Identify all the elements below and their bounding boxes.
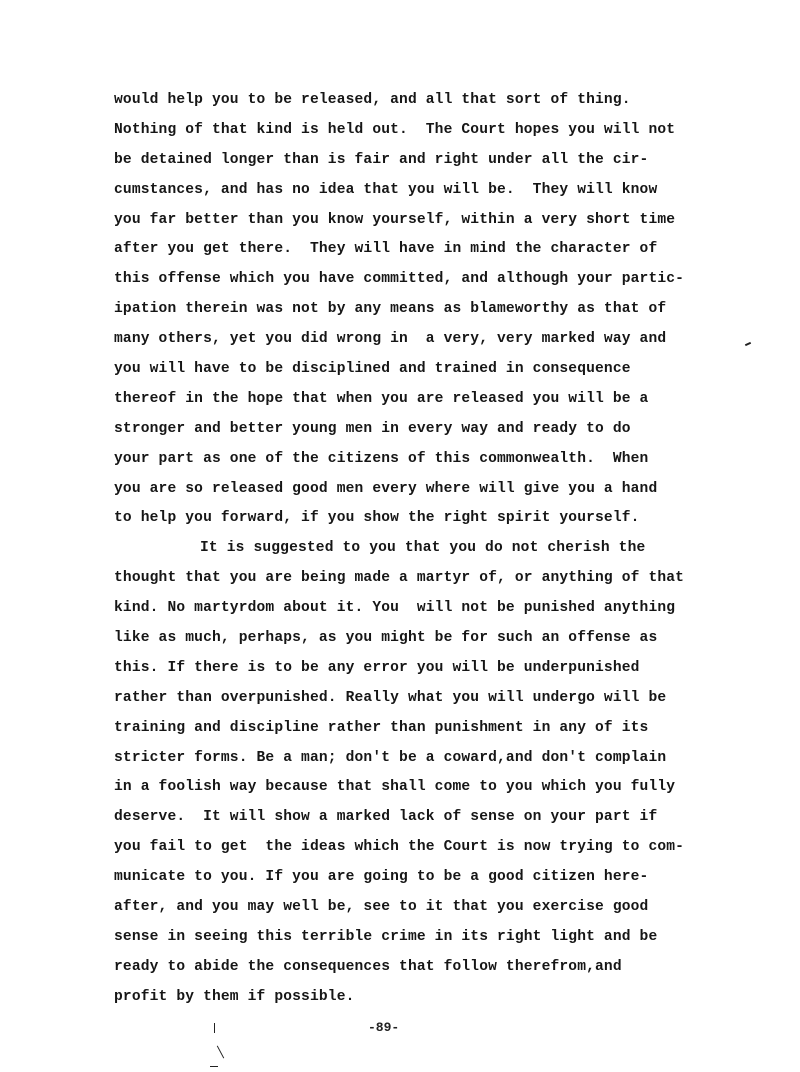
- body-text: would help you to be released, and all t…: [114, 86, 754, 1013]
- text-line: would help you to be released, and all t…: [114, 86, 754, 116]
- text-line: stricter forms. Be a man; don't be a cow…: [114, 744, 754, 774]
- text-line: thereof in the hope that when you are re…: [114, 385, 754, 415]
- text-line: to help you forward, if you show the rig…: [114, 504, 754, 534]
- text-line: you fail to get the ideas which the Cour…: [114, 833, 754, 863]
- paragraph-first-line: It is suggested to you that you do not c…: [114, 534, 754, 564]
- scan-artifact: [217, 1046, 224, 1059]
- text-line: your part as one of the citizens of this…: [114, 445, 754, 475]
- text-line: be detained longer than is fair and righ…: [114, 146, 754, 176]
- text-line: many others, yet you did wrong in a very…: [114, 325, 754, 355]
- text-line: rather than overpunished. Really what yo…: [114, 684, 754, 714]
- text-line: like as much, perhaps, as you might be f…: [114, 624, 754, 654]
- text-line: ipation therein was not by any means as …: [114, 295, 754, 325]
- text-line: training and discipline rather than puni…: [114, 714, 754, 744]
- text-line: ready to abide the consequences that fol…: [114, 953, 754, 983]
- document-page: would help you to be released, and all t…: [0, 0, 800, 1072]
- text-line: you will have to be disciplined and trai…: [114, 355, 754, 385]
- text-line: municate to you. If you are going to be …: [114, 863, 754, 893]
- page-number: -89-: [368, 1020, 399, 1035]
- text-line: profit by them if possible.: [114, 983, 754, 1013]
- text-line: stronger and better young men in every w…: [114, 415, 754, 445]
- text-line: this. If there is to be any error you wi…: [114, 654, 754, 684]
- text-line: thought that you are being made a martyr…: [114, 564, 754, 594]
- text-line: in a foolish way because that shall come…: [114, 773, 754, 803]
- text-line: after, and you may well be, see to it th…: [114, 893, 754, 923]
- scan-artifact: [214, 1023, 215, 1033]
- text-line: kind. No martyrdom about it. You will no…: [114, 594, 754, 624]
- text-line: this offense which you have committed, a…: [114, 265, 754, 295]
- text-line: deserve. It will show a marked lack of s…: [114, 803, 754, 833]
- text-line: you are so released good men every where…: [114, 475, 754, 505]
- text-line: cumstances, and has no idea that you wil…: [114, 176, 754, 206]
- text-line: after you get there. They will have in m…: [114, 235, 754, 265]
- scan-artifact: [210, 1066, 218, 1067]
- text-line: sense in seeing this terrible crime in i…: [114, 923, 754, 953]
- text-line: Nothing of that kind is held out. The Co…: [114, 116, 754, 146]
- text-line: you far better than you know yourself, w…: [114, 206, 754, 236]
